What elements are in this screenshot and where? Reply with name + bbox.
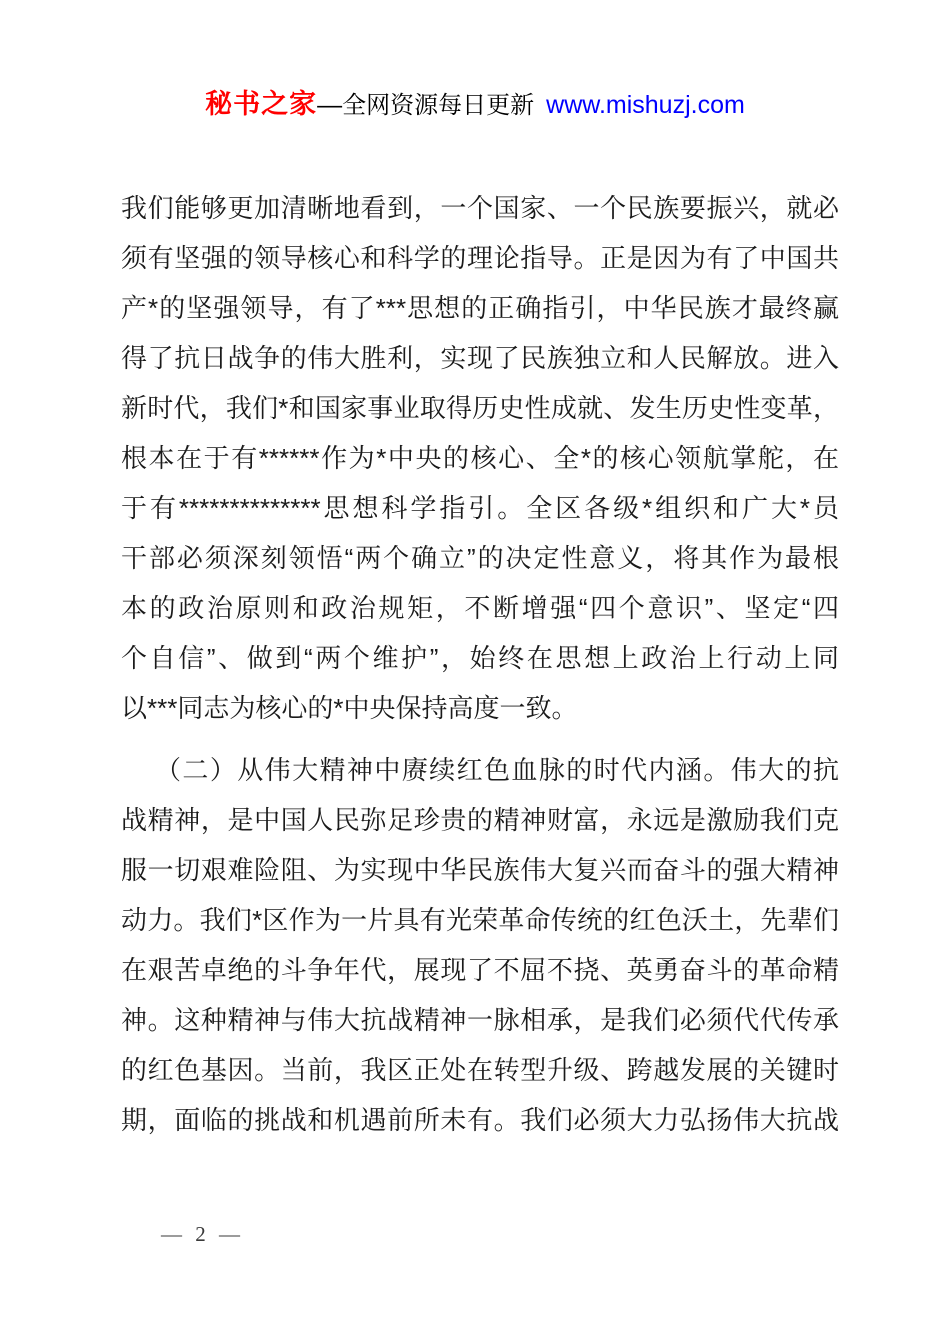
text-line: 干部必须深刻领悟“两个确立”的决定性意义，将其作为最根 [121, 533, 839, 583]
text-line: 战精神，是中国人民弥足珍贵的精神财富，永远是激励我们克 [121, 795, 839, 845]
text-line: 动力。我们*区作为一片具有光荣革命传统的红色沃土，先辈们 [121, 895, 839, 945]
text-line: 神。这种精神与伟大抗战精神一脉相承，是我们必须代代传承 [121, 995, 839, 1045]
text-line: 得了抗日战争的伟大胜利，实现了民族独立和人民解放。进入 [121, 333, 839, 383]
text-line: 产*的坚强领导，有了***思想的正确指引，中华民族才最终赢 [121, 283, 839, 333]
page-number: — 2 — [161, 1222, 244, 1246]
text-line: 在艰苦卓绝的斗争年代，展现了不屈不挠、英勇奋斗的革命精 [121, 945, 839, 995]
text-line: 以***同志为核心的*中央保持高度一致。 [121, 683, 839, 733]
document-page: 秘书之家—全网资源每日更新www.mishuzj.com 我们能够更加清晰地看到… [0, 0, 950, 1344]
site-header: 秘书之家—全网资源每日更新www.mishuzj.com [0, 82, 950, 121]
page-footer: — 2 — [161, 1222, 244, 1247]
text-line: 我们能够更加清晰地看到，一个国家、一个民族要振兴，就必 [121, 183, 839, 233]
text-line: （二）从伟大精神中赓续红色血脉的时代内涵。伟大的抗 [121, 745, 839, 795]
site-url-link[interactable]: www.mishuzj.com [546, 91, 745, 119]
site-tagline: 全网资源每日更新 [342, 92, 534, 119]
text-line: 须有坚强的领导核心和科学的理论指导。正是因为有了中国共 [121, 233, 839, 283]
text-line: 本的政治原则和政治规矩，不断增强“四个意识”、坚定“四 [121, 583, 839, 633]
document-body: 我们能够更加清晰地看到，一个国家、一个民族要振兴，就必 须有坚强的领导核心和科学… [121, 183, 839, 1145]
text-line: 的红色基因。当前，我区正处在转型升级、跨越发展的关键时 [121, 1045, 839, 1095]
site-separator: — [317, 91, 342, 119]
site-name: 秘书之家 [205, 89, 317, 119]
text-line: 于有**************思想科学指引。全区各级*组织和广大*员 [121, 483, 839, 533]
text-line: 个自信”、做到“两个维护”，始终在思想上政治上行动上同 [121, 633, 839, 683]
text-line: 新时代，我们*和国家事业取得历史性成就、发生历史性变革， [121, 383, 839, 433]
paragraph-2: （二）从伟大精神中赓续红色血脉的时代内涵。伟大的抗 战精神，是中国人民弥足珍贵的… [121, 745, 839, 1145]
text-line: 服一切艰难险阻、为实现中华民族伟大复兴而奋斗的强大精神 [121, 845, 839, 895]
text-line: 根本在于有******作为*中央的核心、全*的核心领航掌舵，在 [121, 433, 839, 483]
text-line: 期，面临的挑战和机遇前所未有。我们必须大力弘扬伟大抗战 [121, 1095, 839, 1145]
paragraph-1: 我们能够更加清晰地看到，一个国家、一个民族要振兴，就必 须有坚强的领导核心和科学… [121, 183, 839, 733]
